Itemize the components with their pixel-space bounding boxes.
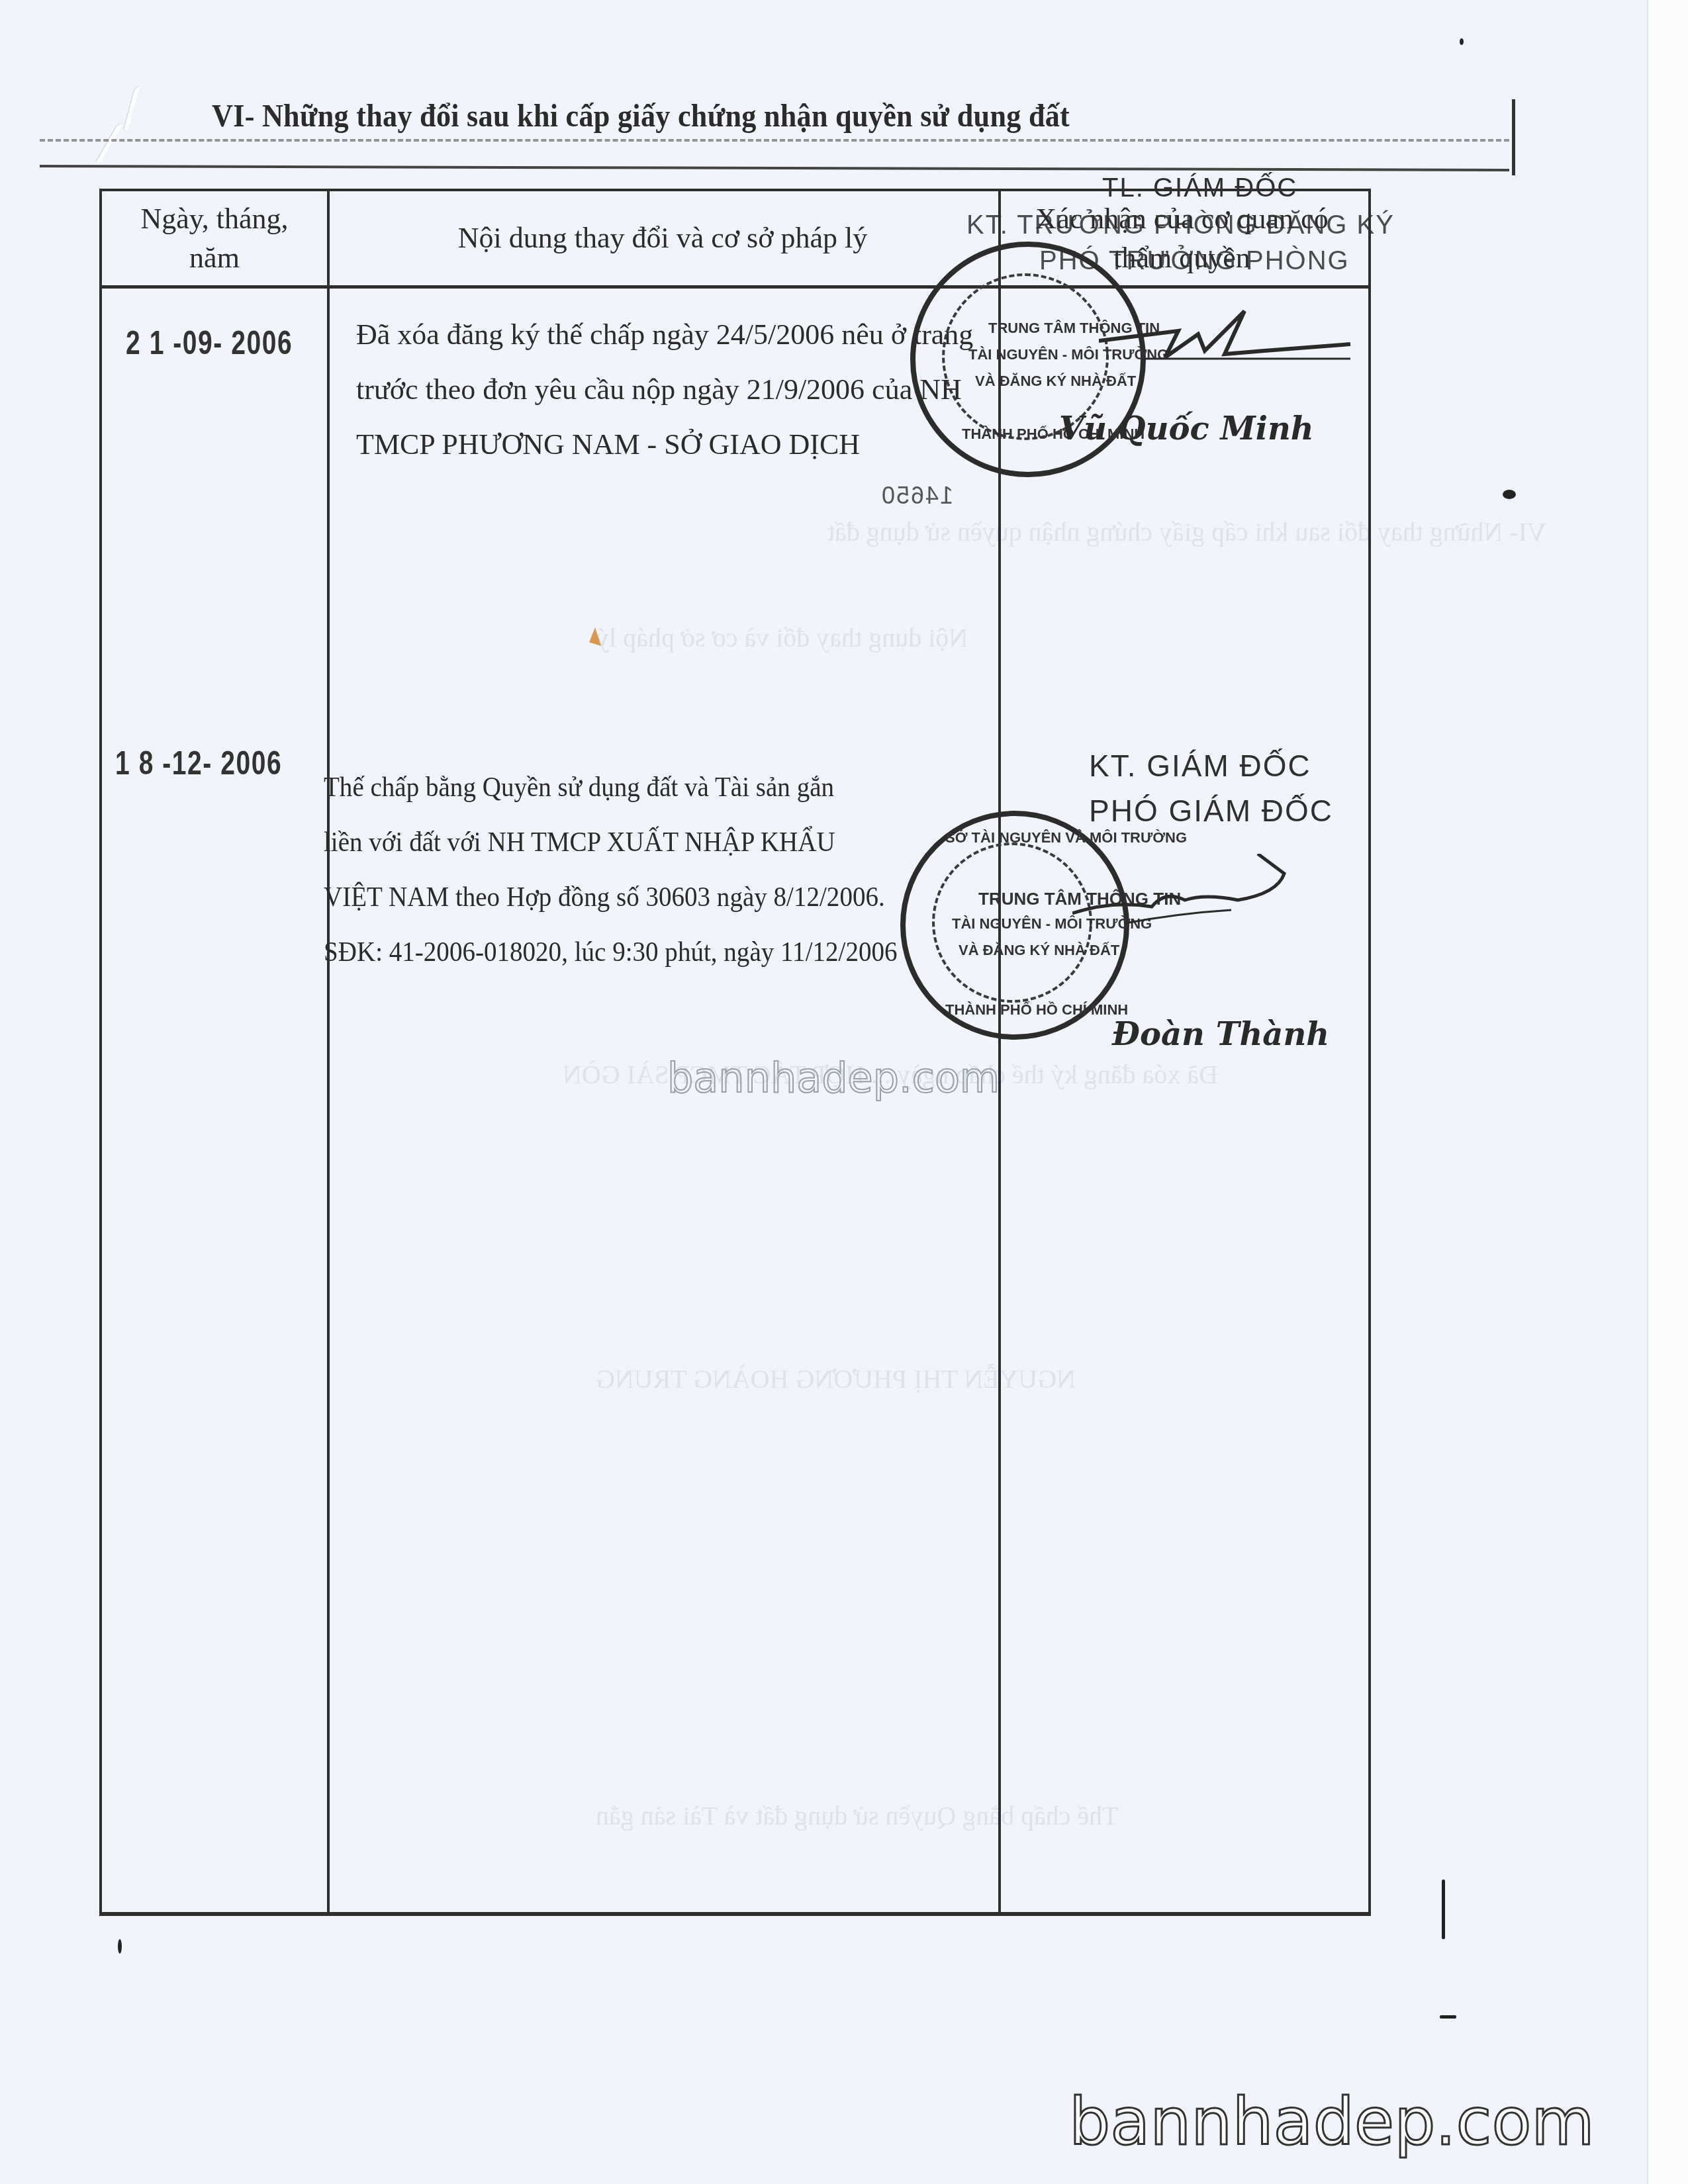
watermark: bannhadep.com [667, 1054, 1000, 1102]
section-title: VI- Những thay đổi sau khi cấp giấy chứn… [212, 98, 1070, 134]
staple-mark [124, 85, 144, 132]
row-date: 1 8 -12- 2006 [115, 744, 282, 782]
row-content: Thế chấp bằng Quyền sử dụng đất và Tài s… [324, 760, 898, 980]
signer-name: Vũ Quốc Minh [1059, 410, 1314, 447]
column-divider [327, 191, 330, 1912]
signature-mark [1072, 854, 1311, 946]
title-rule [40, 165, 1509, 171]
stamp-title: KT. GIÁM ĐỐC [1089, 748, 1311, 784]
stamp-title: PHÓ GIÁM ĐỐC [1089, 793, 1333, 829]
header-divider [102, 285, 1368, 289]
row-content: Đã xóa đăng ký thế chấp ngày 24/5/2006 n… [356, 307, 973, 472]
row-date: 2 1 -09- 2006 [126, 324, 293, 362]
signature-mark [1099, 304, 1364, 377]
content-line: TMCP PHƯƠNG NAM - SỞ GIAO DỊCH [356, 417, 973, 472]
stamp-title: KT. TRƯỞNG PHÒNG ĐĂNG KÝ [966, 210, 1395, 240]
seal-label: THÀNH PHỐ HỒ CHÍ MINH [945, 1001, 1128, 1019]
ink-mark [1440, 2015, 1456, 2019]
content-line: SĐK: 41-2006-018020, lúc 9:30 phút, ngày… [324, 925, 898, 980]
ink-mark [1442, 1880, 1445, 1939]
content-line: trước theo đơn yêu cầu nộp ngày 21/9/200… [356, 362, 973, 417]
reference-number: 14650 [880, 482, 953, 510]
ink-speck [1503, 490, 1516, 499]
margin-bar [1512, 99, 1515, 175]
header-date: Ngày, tháng, năm [102, 191, 327, 285]
ink-speck [118, 1939, 122, 1954]
stamp-title: TL. GIÁM ĐỐC [1102, 173, 1297, 203]
content-line: liền với đất với NH TMCP XUẤT NHẬP KHẨU [324, 815, 898, 870]
header-content: Nội dung thay đổi và cơ sở pháp lý [327, 191, 998, 285]
content-line: VIỆT NAM theo Hợp đồng số 30603 ngày 8/1… [324, 870, 898, 925]
content-line: Thế chấp bằng Quyền sử dụng đất và Tài s… [324, 760, 898, 815]
ink-speck [1460, 38, 1464, 45]
staple-mark [96, 122, 126, 166]
signer-name: Đoàn Thành [1112, 1016, 1329, 1053]
title-underline [40, 139, 1509, 142]
content-line: Đã xóa đăng ký thế chấp ngày 24/5/2006 n… [356, 307, 973, 362]
paper-edge [1647, 0, 1688, 2184]
watermark: bannhadep.com [1069, 2085, 1595, 2160]
seal-label: SỞ TÀI NGUYÊN VÀ MÔI TRƯỜNG [945, 829, 1187, 846]
